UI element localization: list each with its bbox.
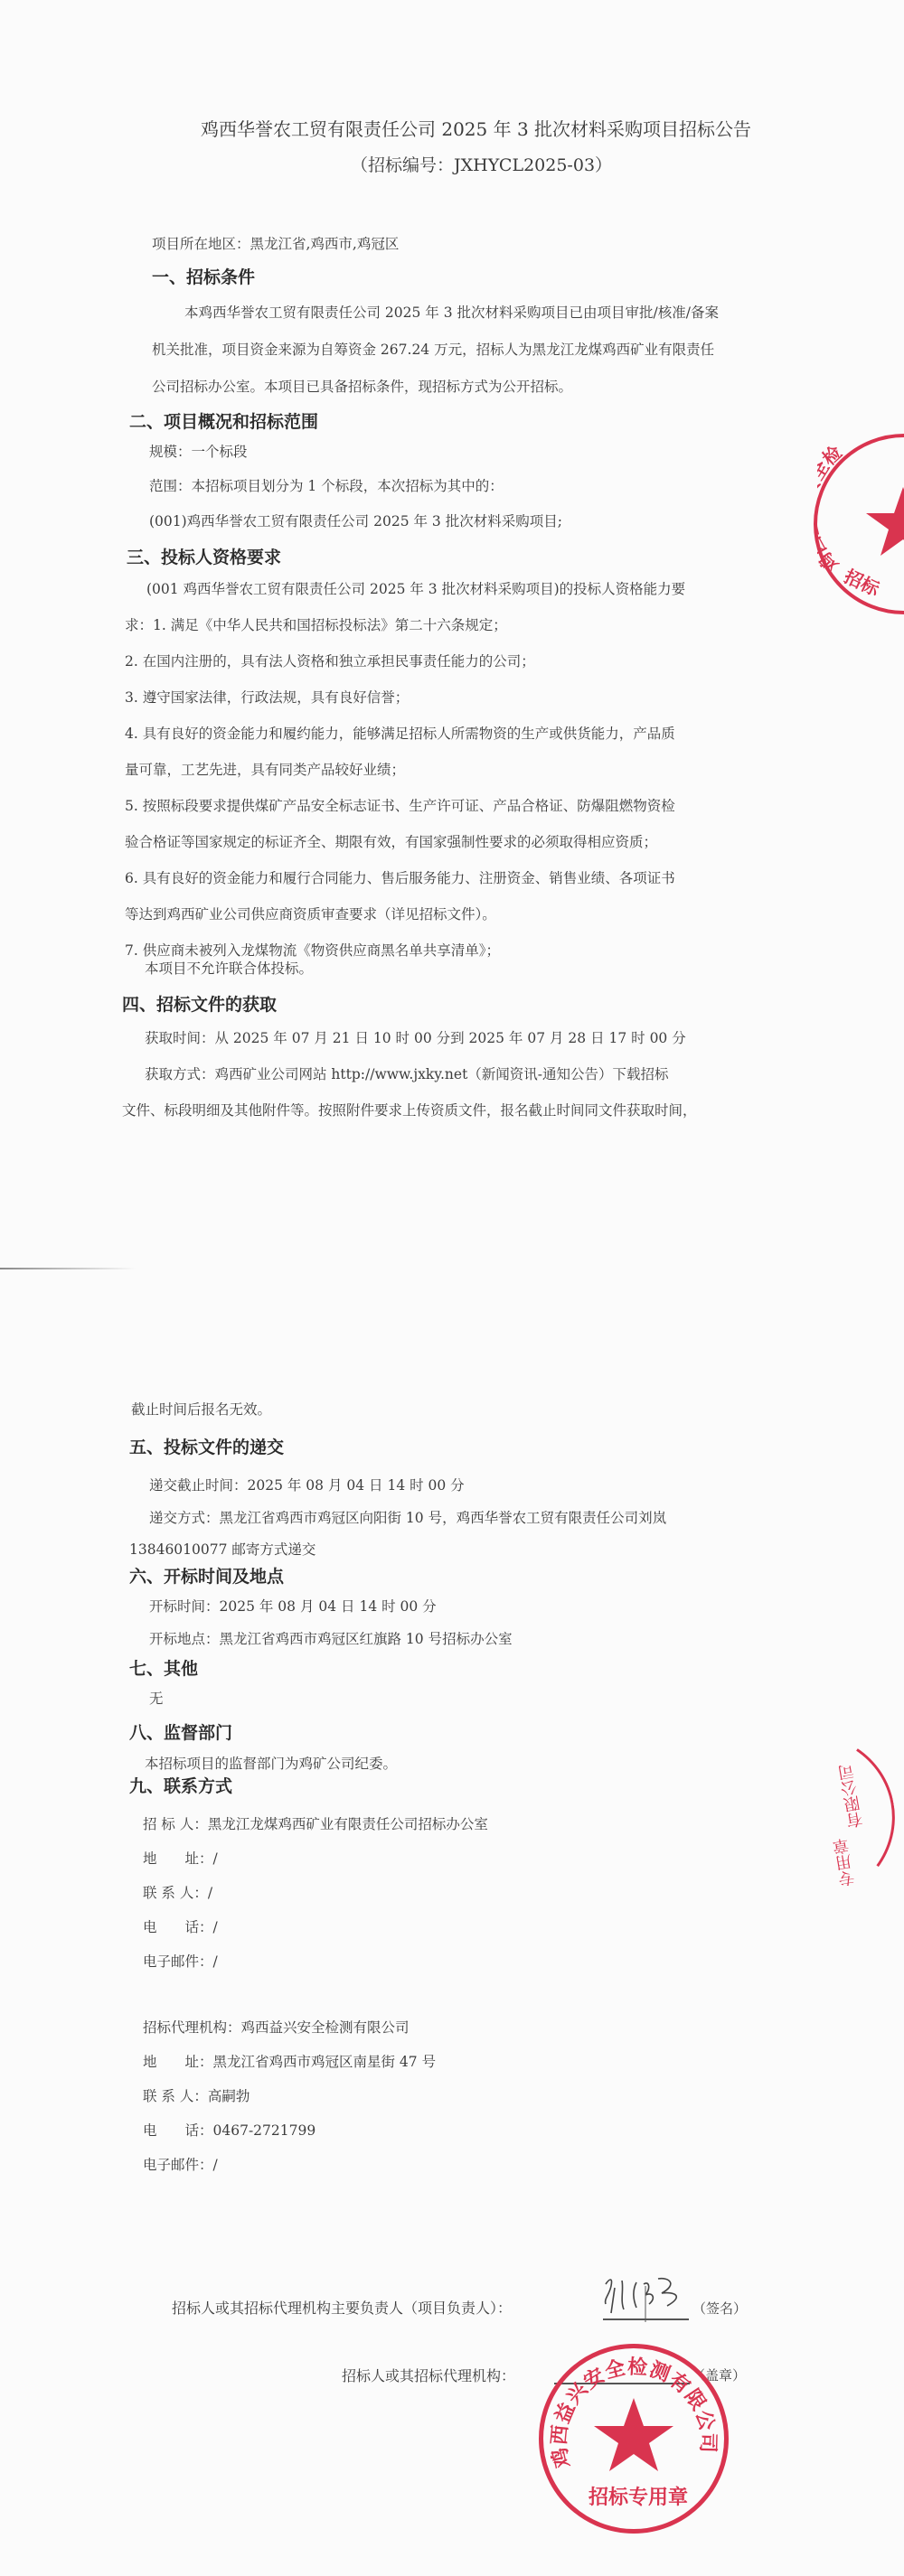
partial-seal-text: 鸡西益兴安全检 bbox=[817, 441, 847, 576]
section-heading-9: 九、联系方式 bbox=[129, 1773, 232, 1797]
partial-seal-stamp-top: 鸡西益兴安全检 招标 bbox=[814, 434, 904, 614]
partial-seal-mid-text: 有限公司 bbox=[834, 1762, 869, 1830]
section-heading-8: 八、监督部门 bbox=[129, 1719, 232, 1744]
section-5-line: 递交方式：黑龙江省鸡西市鸡冠区向阳街 10 号，鸡西华誉农工贸有限责任公司刘岚 bbox=[149, 1507, 666, 1527]
section-3-line: 3. 遵守国家法律，行政法规，具有良好信誉； bbox=[125, 687, 409, 707]
section-heading-3: 三、投标人资格要求 bbox=[127, 544, 281, 568]
tenderer-address: 地 址：/ bbox=[143, 1848, 218, 1868]
section-heading-7: 七、其他 bbox=[129, 1655, 198, 1680]
section-3-line: 量可靠，工艺先进，具有同类产品较好业绩； bbox=[125, 759, 405, 779]
section-3-line: 6. 具有良好的资金能力和履行合同能力、售后服务能力、注册资金、销售业绩、各项证… bbox=[125, 867, 675, 887]
section-1-line: 本鸡西华誉农工贸有限责任公司 2025 年 3 批次材料采购项目已由项目审批/核… bbox=[184, 302, 719, 322]
agency-email: 电子邮件：/ bbox=[143, 2154, 218, 2174]
section-heading-6: 六、开标时间及地点 bbox=[129, 1563, 284, 1588]
tenderer-email: 电子邮件：/ bbox=[143, 1951, 218, 1971]
bid-number: （招标编号：JXHYCL2025-03） bbox=[351, 152, 612, 176]
org-seal-label: 招标人或其招标代理机构： bbox=[342, 2365, 515, 2385]
section-5-line: 13846010077 邮寄方式递交 bbox=[129, 1539, 315, 1559]
section-1-line: 公司招标办公室。本项目已具备招标条件，现招标方式为公开招标。 bbox=[152, 376, 572, 396]
agency-name: 招标代理机构：鸡西益兴安全检测有限公司 bbox=[143, 2017, 410, 2037]
section-heading-1: 一、招标条件 bbox=[152, 264, 255, 288]
section-4-line: 获取方式：鸡西矿业公司网站 http://www.jxky.net（新闻资讯-通… bbox=[145, 1063, 669, 1083]
section-6-line: 开标地点：黑龙江省鸡西市鸡冠区红旗路 10 号招标办公室 bbox=[149, 1628, 513, 1648]
section-2-line: 规模：一个标段 bbox=[149, 441, 248, 461]
section-3-line: 5. 按照标段要求提供煤矿产品安全标志证书、生产许可证、产品合格证、防爆阻燃物资… bbox=[125, 795, 675, 815]
section-6-line: 开标时间：2025 年 08 月 04 日 14 时 00 分 bbox=[149, 1596, 437, 1616]
star-icon bbox=[866, 487, 904, 556]
section-3-line: (001 鸡西华誉农工贸有限责任公司 2025 年 3 批次材料采购项目)的投标… bbox=[146, 578, 685, 598]
section-heading-4: 四、招标文件的获取 bbox=[122, 991, 277, 1016]
section-8-line: 本招标项目的监督部门为鸡矿公司纪委。 bbox=[145, 1753, 397, 1773]
section-3-line: 7. 供应商未被列入龙煤物流《物资供应商黑名单共享清单》； bbox=[125, 940, 500, 960]
section-4-line: 文件、标段明细及其他附件等。按照附件要求上传资质文件，报名截止时间同文件获取时间… bbox=[122, 1100, 697, 1119]
page-fold-mark bbox=[0, 1268, 136, 1269]
section-2-line: (001)鸡西华誉农工贸有限责任公司 2025 年 3 批次材料采购项目; bbox=[149, 511, 562, 530]
agency-phone: 电 话：0467-2721799 bbox=[143, 2120, 315, 2140]
section-3-line: 等达到鸡西矿业公司供应商资质审查要求（详见招标文件）。 bbox=[125, 904, 496, 923]
principal-signature-label: 招标人或其招标代理机构主要负责人（项目负责人）： bbox=[172, 2297, 512, 2318]
signature-note: （签名） bbox=[692, 2299, 747, 2318]
section-3-line: 验合格证等国家规定的标证齐全、期限有效，有国家强制性要求的必须取得相应资质； bbox=[125, 831, 657, 851]
section-2-line: 范围：本招标项目划分为 1 个标段，本次招标为其中的： bbox=[149, 475, 504, 495]
partial-seal-stamp-mid: 有限公司 专用章 bbox=[701, 1719, 904, 1919]
section-5-line: 递交截止时间：2025 年 08 月 04 日 14 时 00 分 bbox=[149, 1475, 465, 1494]
document-title: 鸡西华誉农工贸有限责任公司 2025 年 3 批次材料采购项目招标公告 bbox=[201, 115, 751, 141]
seal-purpose-text: 招标专用章 bbox=[589, 2482, 688, 2510]
section-heading-5: 五、投标文件的递交 bbox=[129, 1434, 284, 1458]
section-heading-2: 二、项目概况和招标范围 bbox=[129, 408, 318, 433]
section-4-line: 获取时间：从 2025 年 07 月 21 日 10 时 00 分到 2025 … bbox=[145, 1027, 686, 1047]
section-3-line: 4. 具有良好的资金能力和履约能力，能够满足招标人所需物资的生产或供货能力，产品… bbox=[125, 723, 675, 743]
agency-address: 地 址：黑龙江省鸡西市鸡冠区南星街 47 号 bbox=[143, 2051, 436, 2071]
project-location: 项目所在地区：黑龙江省,鸡西市,鸡冠区 bbox=[152, 233, 399, 253]
section-3-line: 求：1. 满足《中华人民共和国招标投标法》第二十六条规定； bbox=[125, 614, 507, 634]
partial-seal-mid-bottom-text: 专用章 bbox=[830, 1836, 862, 1888]
tenderer-contact: 联 系 人：/ bbox=[143, 1882, 212, 1902]
section-4-line: 截止时间后报名无效。 bbox=[131, 1399, 271, 1419]
official-seal-stamp: 鸡西益兴安全检测有限公司 招标专用章 bbox=[539, 2344, 729, 2534]
tenderer-name: 招 标 人：黑龙江龙煤鸡西矿业有限责任公司招标办公室 bbox=[143, 1813, 488, 1833]
agency-contact: 联 系 人：高嗣勃 bbox=[143, 2085, 250, 2105]
section-1-line: 机关批准，项目资金来源为自筹资金 267.24 万元，招标人为黑龙江龙煤鸡西矿业… bbox=[152, 339, 714, 359]
section-7-line: 无 bbox=[149, 1688, 164, 1708]
section-3-line: 本项目不允许联合体投标。 bbox=[145, 958, 313, 978]
tenderer-phone: 电 话：/ bbox=[143, 1916, 218, 1936]
section-3-line: 2. 在国内注册的，具有法人资格和独立承担民事责任能力的公司； bbox=[125, 651, 535, 670]
handwritten-signature bbox=[597, 2268, 696, 2322]
svg-text:鸡西益兴安全检: 鸡西益兴安全检 bbox=[817, 441, 847, 576]
star-icon bbox=[594, 2398, 673, 2471]
